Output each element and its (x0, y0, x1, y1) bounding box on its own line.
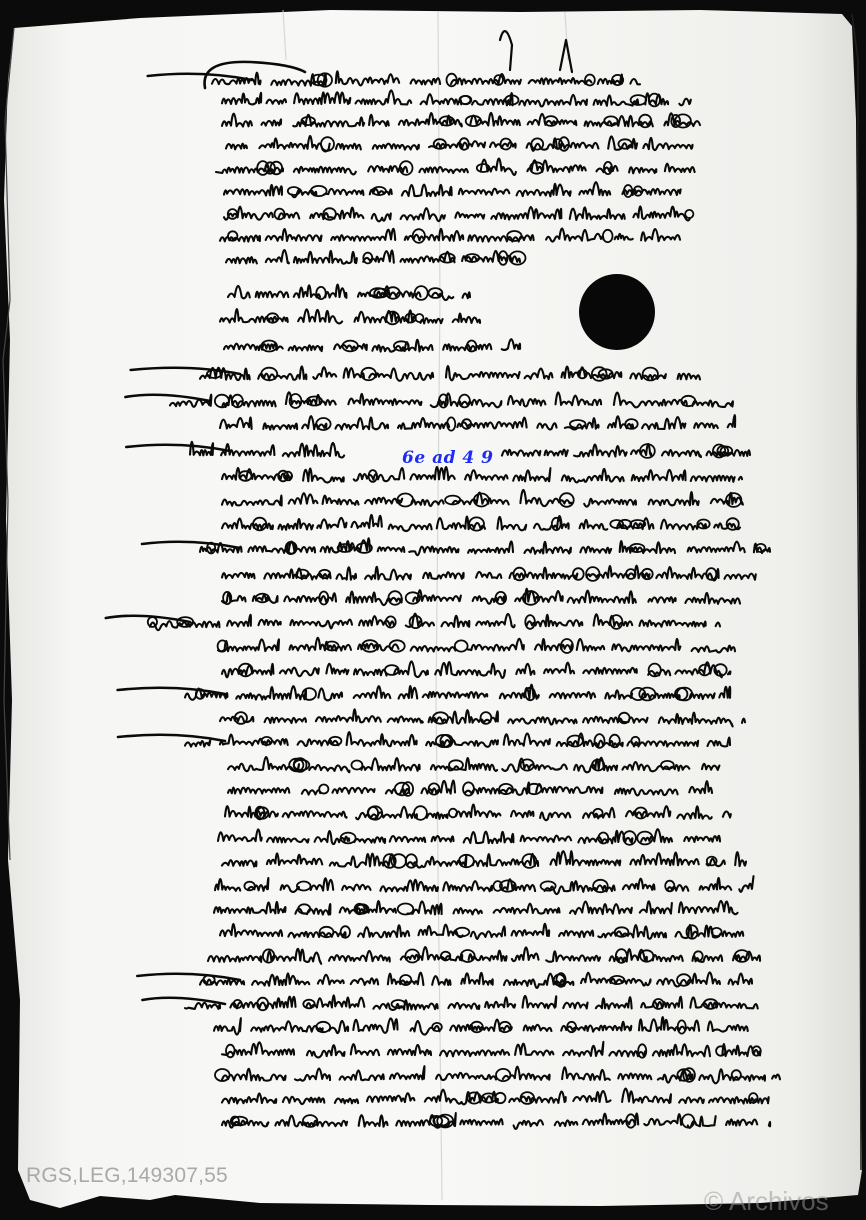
archive-reference-label: RGS,LEG,149307,55 (26, 1164, 228, 1188)
archive-watermark: © Archivos (704, 1186, 829, 1217)
scan-viewer: 6e ad 4 9 RGS,LEG,149307,55 © Archivos (0, 0, 866, 1220)
ink-blot (579, 274, 655, 350)
marginal-annotation-blue: 6e ad 4 9 (402, 448, 493, 468)
manuscript-page (0, 0, 866, 1220)
